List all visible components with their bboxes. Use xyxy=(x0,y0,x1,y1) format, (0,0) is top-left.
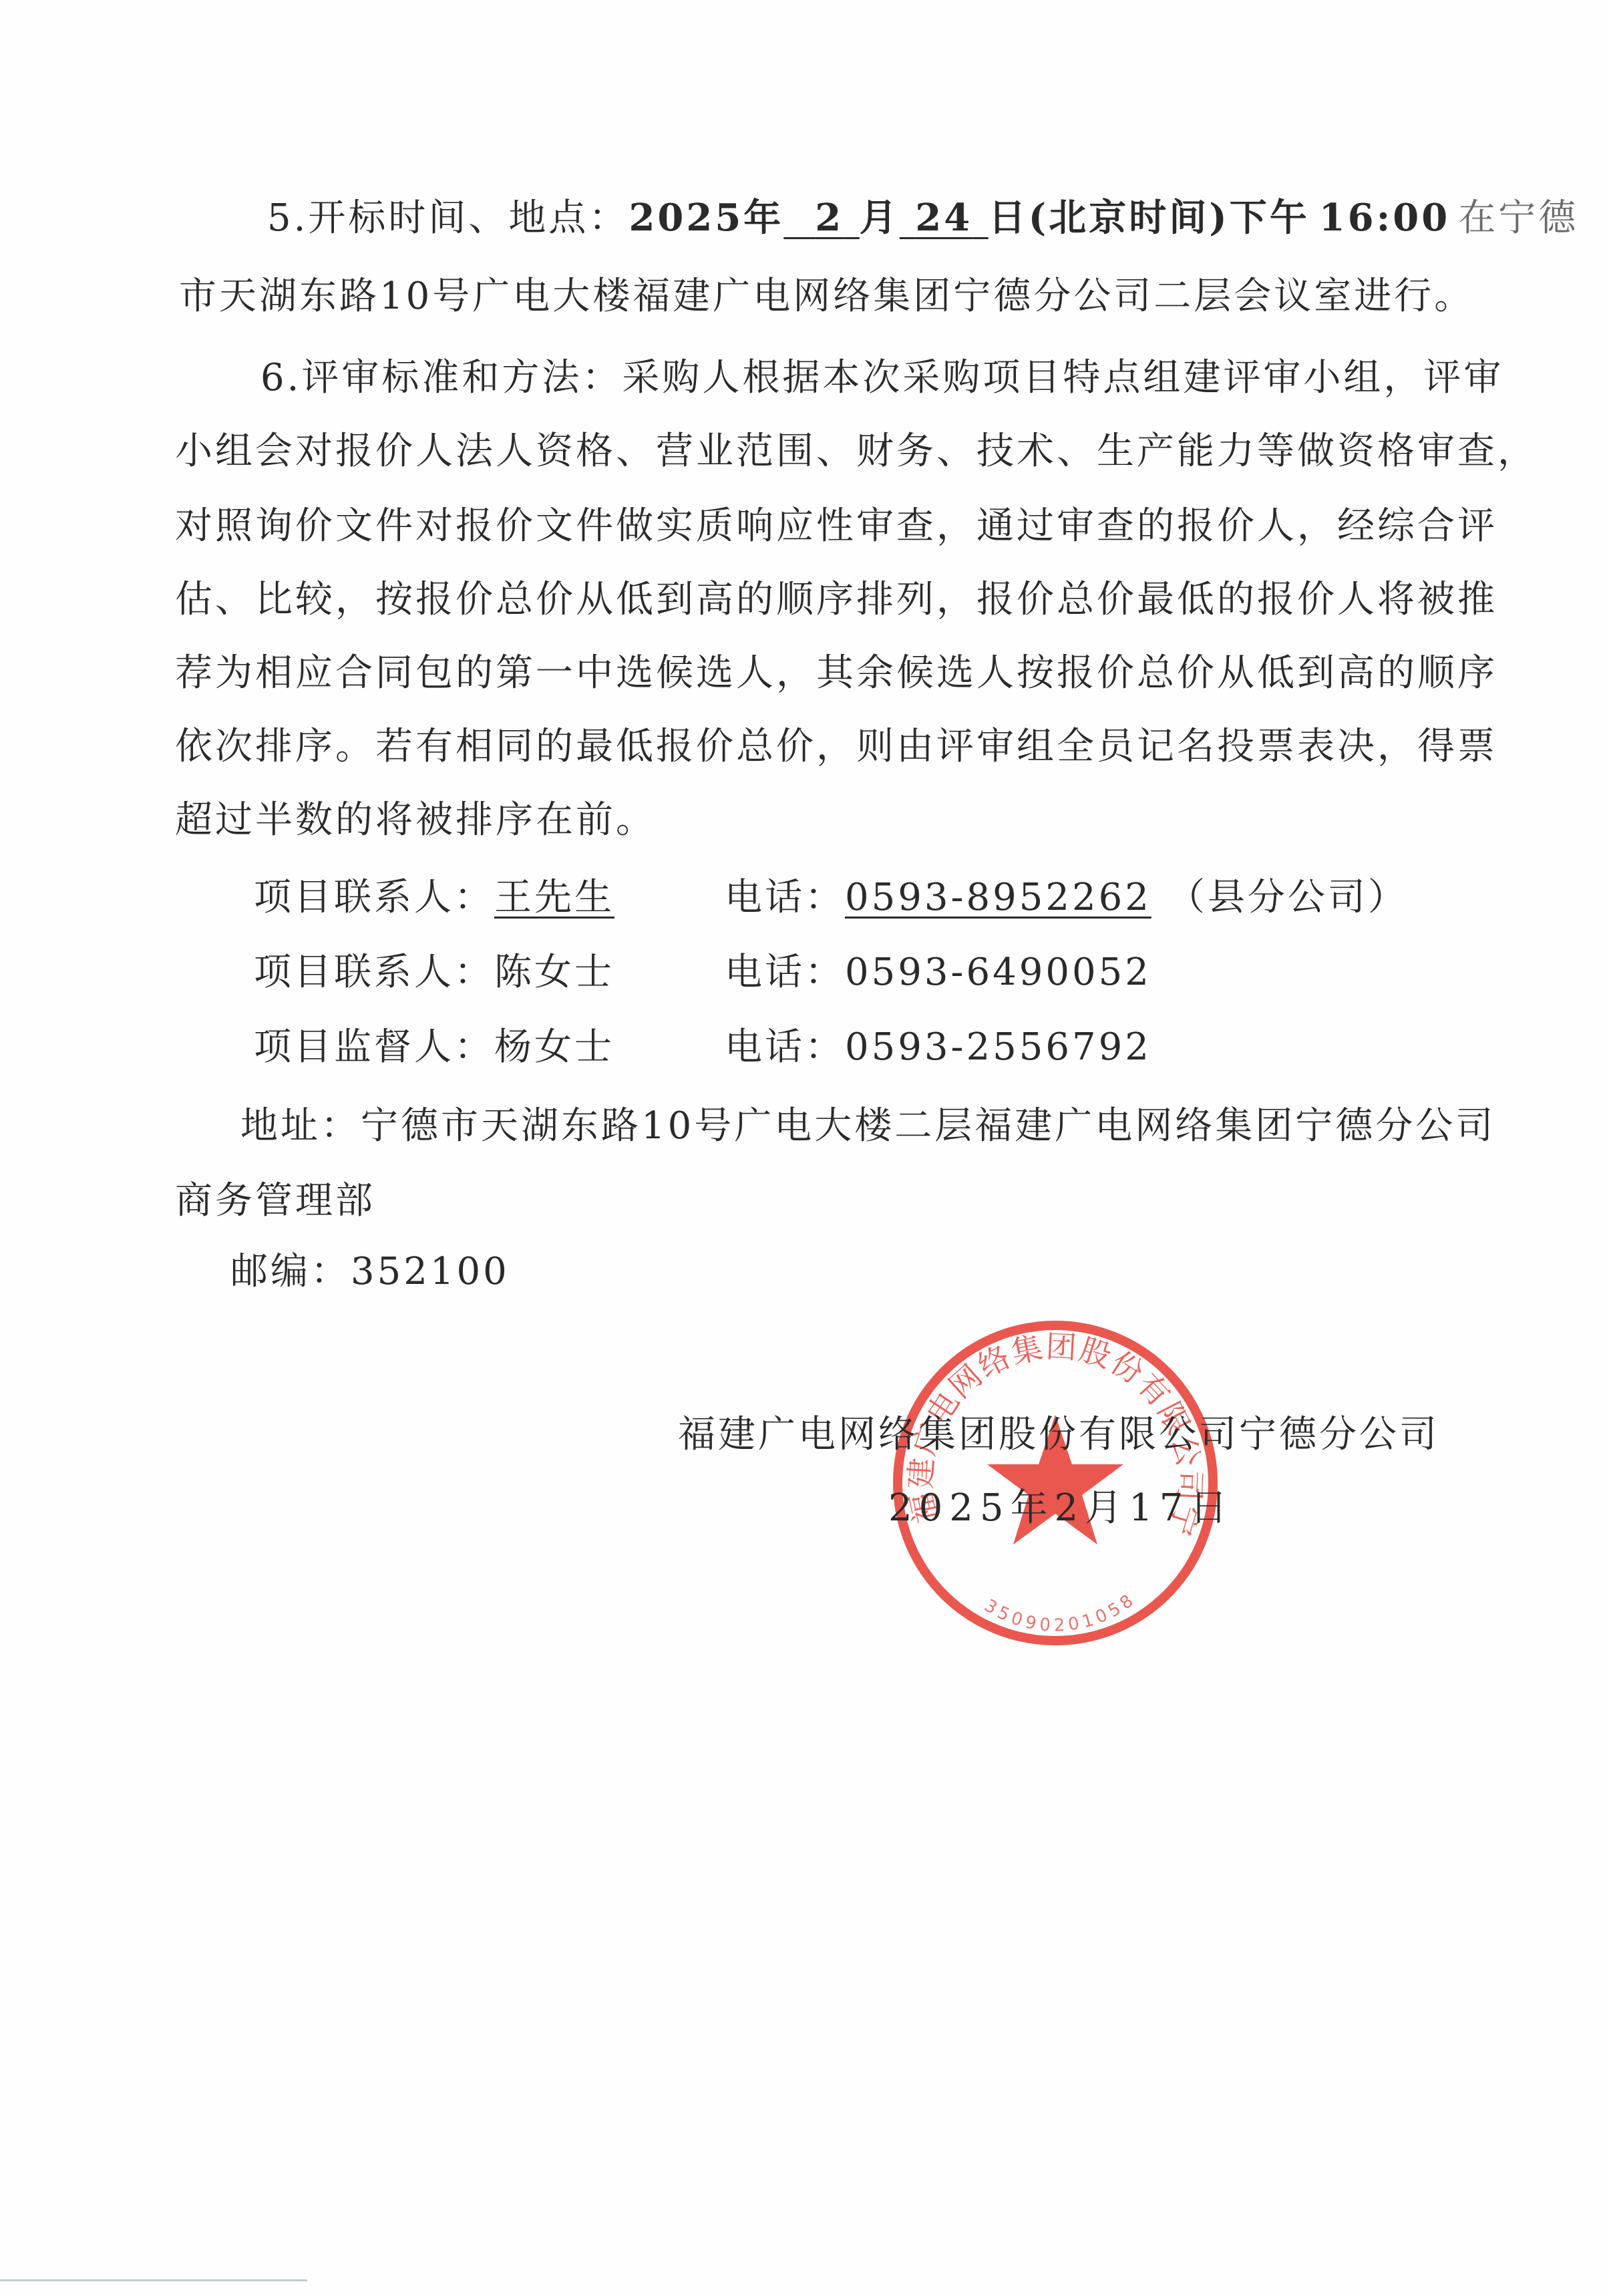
postcode-label: 邮编： xyxy=(230,1250,351,1293)
contact-row: 项目联系人：王先生 xyxy=(254,874,614,922)
company-seal-icon: 福建广电网络集团股份有限公司宁德分公司 3509020105853 xyxy=(888,1316,1222,1650)
section5-day: 24 xyxy=(900,196,989,240)
contact-row: 项目监督人：杨女士 xyxy=(254,1023,614,1072)
section6-line: 超过半数的将被排序在前。 xyxy=(175,796,656,844)
contact-phone-row: 电话：0593-6490052 xyxy=(725,949,1151,997)
section5-day-unit: 日 xyxy=(989,196,1029,240)
document-page: 5.开标时间、地点：2025年 2 月 24 日(北京时间)下午16:00在宁德… xyxy=(0,0,1609,2296)
phone-label: 电话： xyxy=(725,876,845,919)
section5-time: 16:00 xyxy=(1319,196,1451,240)
postcode-value: 352100 xyxy=(351,1250,510,1293)
contact-role: 项目监督人： xyxy=(254,1025,494,1069)
signature-org: 福建广电网络集团股份有限公司宁德分公司 xyxy=(678,1411,1439,1459)
contact-role: 项目联系人： xyxy=(254,951,494,994)
section5-place-start: 在宁德 xyxy=(1458,196,1578,240)
section5-year-unit: 年 xyxy=(743,196,783,240)
section5-timezone: (北京时间) xyxy=(1029,196,1230,240)
section6-line: 对照询价文件对报价文件做实质响应性审查，通过审查的报价人，经综合评 xyxy=(175,502,1497,550)
phone-label: 电话： xyxy=(725,951,845,994)
section5-line1: 5.开标时间、地点：2025年 2 月 24 日(北京时间)下午16:00在宁德 xyxy=(267,194,1578,242)
contact-name: 王先生 xyxy=(494,876,614,919)
address-line2: 商务管理部 xyxy=(175,1177,375,1225)
section6-line: 荐为相应合同包的第一中选候选人，其余候选人按报价总价从低到高的顺序 xyxy=(175,649,1497,697)
contact-role: 项目联系人： xyxy=(254,876,494,919)
section5-line2: 市天湖东路10号广电大楼福建广电网络集团宁德分公司二层会议室进行。 xyxy=(179,273,1474,321)
contact-phone-row: 电话：0593-2556792 xyxy=(725,1023,1151,1072)
signature-date: 2025年2月17日 xyxy=(888,1484,1234,1532)
section5-time-prefix: 下午 xyxy=(1230,196,1310,240)
address-line1: 地址：宁德市天湖东路10号广电大楼二层福建广电网络集团宁德分公司 xyxy=(240,1102,1495,1150)
section6-line: 6.评审标准和方法：采购人根据本次采购项目特点组建评审小组，评审 xyxy=(260,354,1503,402)
contact-name: 杨女士 xyxy=(494,1025,614,1069)
postcode: 邮编：352100 xyxy=(230,1248,510,1296)
section6-line: 估、比较，按报价总价从低到高的顺序排列，报价总价最低的报价人将被推 xyxy=(175,576,1497,624)
section5-year: 2025 xyxy=(629,196,743,240)
section5-label: 5.开标时间、地点： xyxy=(267,196,629,240)
phone-number: 0593-2556792 xyxy=(845,1025,1151,1069)
contact-name: 陈女士 xyxy=(494,951,614,994)
section5-month: 2 xyxy=(783,196,859,240)
phone-note: （县分公司） xyxy=(1168,876,1408,919)
contact-phone-row: 电话：0593-8952262（县分公司） xyxy=(725,874,1408,922)
phone-label: 电话： xyxy=(725,1025,845,1069)
section6-line: 依次排序。若有相同的最低报价总价，则由评审组全员记名投票表决，得票 xyxy=(175,723,1497,771)
section5-month-unit: 月 xyxy=(860,196,900,240)
section6-line: 小组会对报价人法人资格、营业范围、财务、技术、生产能力等做资格审查， xyxy=(175,428,1538,476)
phone-number: 0593-6490052 xyxy=(845,951,1151,994)
phone-number: 0593-8952262 xyxy=(845,876,1151,919)
contact-row: 项目联系人：陈女士 xyxy=(254,949,614,997)
scan-edge-mark xyxy=(0,2279,307,2281)
